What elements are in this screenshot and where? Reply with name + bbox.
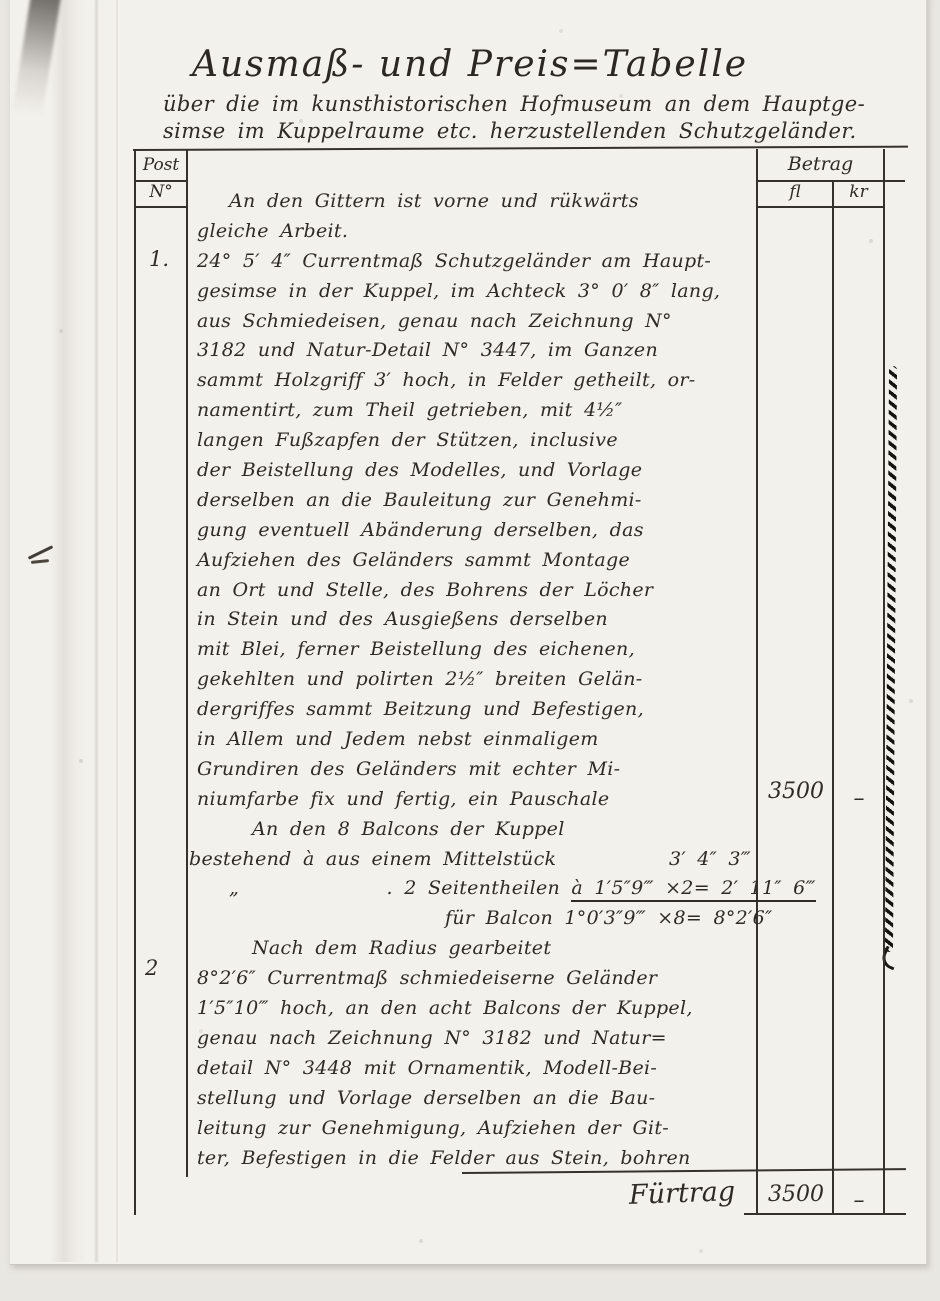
text-line: namentirt, zum Theil getrieben, mit 4½″ [197,396,753,426]
text-segment: gesimse in der Kuppel, im Achteck 3° 0′ … [197,280,720,302]
text-segment: in Allem und Jedem nebst einmaligem [197,728,599,750]
table-border-left [134,149,136,1215]
table-divider-fl-kr [832,180,834,1215]
text-line: 3182 und Natur-Detail N° 3447, im Ganzen [197,336,753,366]
text-line: für Balcon 1°0′3″9‴ ×8= 8°2′6″ [197,904,753,934]
text-segment: An den Gittern ist vorne und rükwärts [229,190,639,212]
text-line: ter, Befestigen in die Felder aus Stein,… [197,1144,753,1174]
text-line: langen Fußzapfen der Stützen, inclusive [197,426,753,456]
text-segment: An den 8 Balcons der Kuppel [252,818,565,840]
text-line: Grundiren des Geländers mit echter Mi- [197,755,753,785]
text-line: an Ort und Stelle, des Bohrens der Löche… [197,576,753,606]
text-line: dergriffes sammt Beitzung und Befestigen… [197,695,753,725]
post-number-header: N° [136,182,186,202]
text-segment: gleiche Arbeit. [197,220,348,242]
text-line: leitung zur Genehmigung, Aufziehen der G… [197,1114,753,1144]
table-border-bottom [744,1213,906,1215]
text-segment: 3182 und Natur-Detail N° 3447, im Ganzen [197,339,658,361]
kr-column-header: kr [833,182,884,202]
text-segment: für Balcon 1°0′3″9‴ ×8= 8°2′6″ [445,907,772,929]
item1-amount-fl: 3500 [760,779,832,804]
text-segment: derselben an die Bauleitung zur Genehmi- [197,489,642,511]
body-text: An den Gittern ist vorne und rükwärtsgle… [197,187,753,1173]
text-segment: bestehend à aus einem Mittelstück [189,848,556,870]
text-line: niumfarbe fix und fertig, ein Pauschale [197,785,753,815]
text-line: gleiche Arbeit. [197,217,753,247]
text-line: derselben an die Bauleitung zur Genehmi- [197,486,753,516]
text-segment: dergriffes sammt Beitzung und Befestigen… [197,698,644,720]
text-line: „ . 2 Seitentheilen à 1′5″9‴ ×2= 2′ 11″ … [197,874,753,904]
table-border-right [883,149,885,1215]
subtitle-line-1: über die im kunsthistorischen Hofmuseum … [163,92,923,116]
text-line: genau nach Zeichnung N° 3182 und Natur= [197,1024,753,1054]
text-segment: ter, Befestigen in die Felder aus Stein,… [197,1147,691,1169]
text-line: in Stein und des Ausgießens derselben [197,605,753,635]
text-line: An den Gittern ist vorne und rükwärts [197,187,753,217]
text-segment: 8°2′6″ Currentmaß schmiedeiserne Gelände… [197,967,657,989]
text-segment: detail N° 3448 mit Ornamentik, Modell-Be… [197,1057,657,1079]
item-number-1: 1. [149,247,169,271]
text-segment: Nach dem Radius gearbeitet [252,937,551,959]
text-segment: an Ort und Stelle, des Bohrens der Löche… [197,579,653,601]
fl-column-header: fl [757,182,833,202]
scanned-page: Ausmaß- und Preis=Tabelle über die im ku… [0,0,940,1301]
text-line: mit Blei, ferner Beistellung des eichene… [197,635,753,665]
text-segment: gung eventuell Abänderung derselben, das [197,519,644,541]
page-title: Ausmaß- und Preis=Tabelle [0,44,940,85]
text-segment: mit Blei, ferner Beistellung des eichene… [197,638,635,660]
paper-fold-line [95,0,98,1262]
text-line: der Beistellung des Modelles, und Vorlag… [197,456,753,486]
text-line: 8°2′6″ Currentmaß schmiedeiserne Gelände… [197,964,753,994]
post-header-bottom-rule [135,206,187,208]
scan-noise-speckles [0,0,2,2]
text-line: Nach dem Radius gearbeitet [197,934,753,964]
carry-forward-amount-kr: – [835,1188,883,1213]
fl-kr-header-bottom-rule [757,206,884,208]
text-line: An den 8 Balcons der Kuppel [197,815,753,845]
text-line: stellung und Vorlage derselben an die Ba… [197,1084,753,1114]
measurement-value: 3′ 4″ 3‴ [669,845,751,875]
text-line: detail N° 3448 mit Ornamentik, Modell-Be… [197,1054,753,1084]
post-column-header: Post [136,155,186,175]
text-segment: genau nach Zeichnung N° 3182 und Natur= [197,1027,667,1049]
paper-fold-line [116,0,118,1262]
betrag-column-header: Betrag [757,153,884,175]
item1-amount-kr: – [835,786,883,811]
subtitle-line-2: simse im Kuppelraume etc. herzustellende… [163,119,923,143]
text-segment: 24° 5′ 4″ Currentmaß Schutzgeländer am H… [197,250,711,272]
text-line: in Allem und Jedem nebst einmaligem [197,725,753,755]
carry-forward-label: Fürtrag [612,1176,753,1212]
text-segment: langen Fußzapfen der Stützen, inclusive [197,429,618,451]
text-segment: der Beistellung des Modelles, und Vorlag… [197,459,642,481]
table-divider-amount-column [756,149,758,1215]
text-segment: leitung zur Genehmigung, Aufziehen der G… [197,1117,669,1139]
text-segment: à 1′5″9‴ ×2= 2′ 11″ 6‴ [571,877,815,902]
item-number-2: 2 [145,956,158,980]
text-segment: in Stein und des Ausgießens derselben [197,608,608,630]
text-segment: gekehlten und polirten 2½″ breiten Gelän… [197,668,642,690]
text-segment: „ . 2 Seitentheilen [229,877,571,899]
table-divider-post-column [186,149,188,1177]
text-line: gung eventuell Abänderung derselben, das [197,516,753,546]
text-segment: stellung und Vorlage derselben an die Ba… [197,1087,655,1109]
text-segment: 1′5″10‴ hoch, an den acht Balcons der Ku… [197,997,693,1019]
text-line: bestehend à aus einem Mittelstück3′ 4″ 3… [189,845,753,875]
text-segment: Grundiren des Geländers mit echter Mi- [197,758,620,780]
text-segment: aus Schmiedeisen, genau nach Zeichnung N… [197,310,672,332]
paper-fold-line [50,0,86,1262]
text-line: Aufziehen des Geländers sammt Montage [197,546,753,576]
text-line: aus Schmiedeisen, genau nach Zeichnung N… [197,307,753,337]
text-line: sammt Holzgriff 3′ hoch, in Felder gethe… [197,366,753,396]
text-line: 1′5″10‴ hoch, an den acht Balcons der Ku… [197,994,753,1024]
carry-forward-amount-fl: 3500 [760,1182,832,1207]
text-segment: sammt Holzgriff 3′ hoch, in Felder gethe… [197,369,695,391]
text-line: 24° 5′ 4″ Currentmaß Schutzgeländer am H… [197,247,753,277]
text-segment: Aufziehen des Geländers sammt Montage [197,549,630,571]
text-line: gesimse in der Kuppel, im Achteck 3° 0′ … [197,277,753,307]
text-segment: namentirt, zum Theil getrieben, mit 4½″ [197,399,622,421]
text-line: gekehlten und polirten 2½″ breiten Gelän… [197,665,753,695]
text-segment: niumfarbe fix und fertig, ein Pauschale [197,788,609,810]
